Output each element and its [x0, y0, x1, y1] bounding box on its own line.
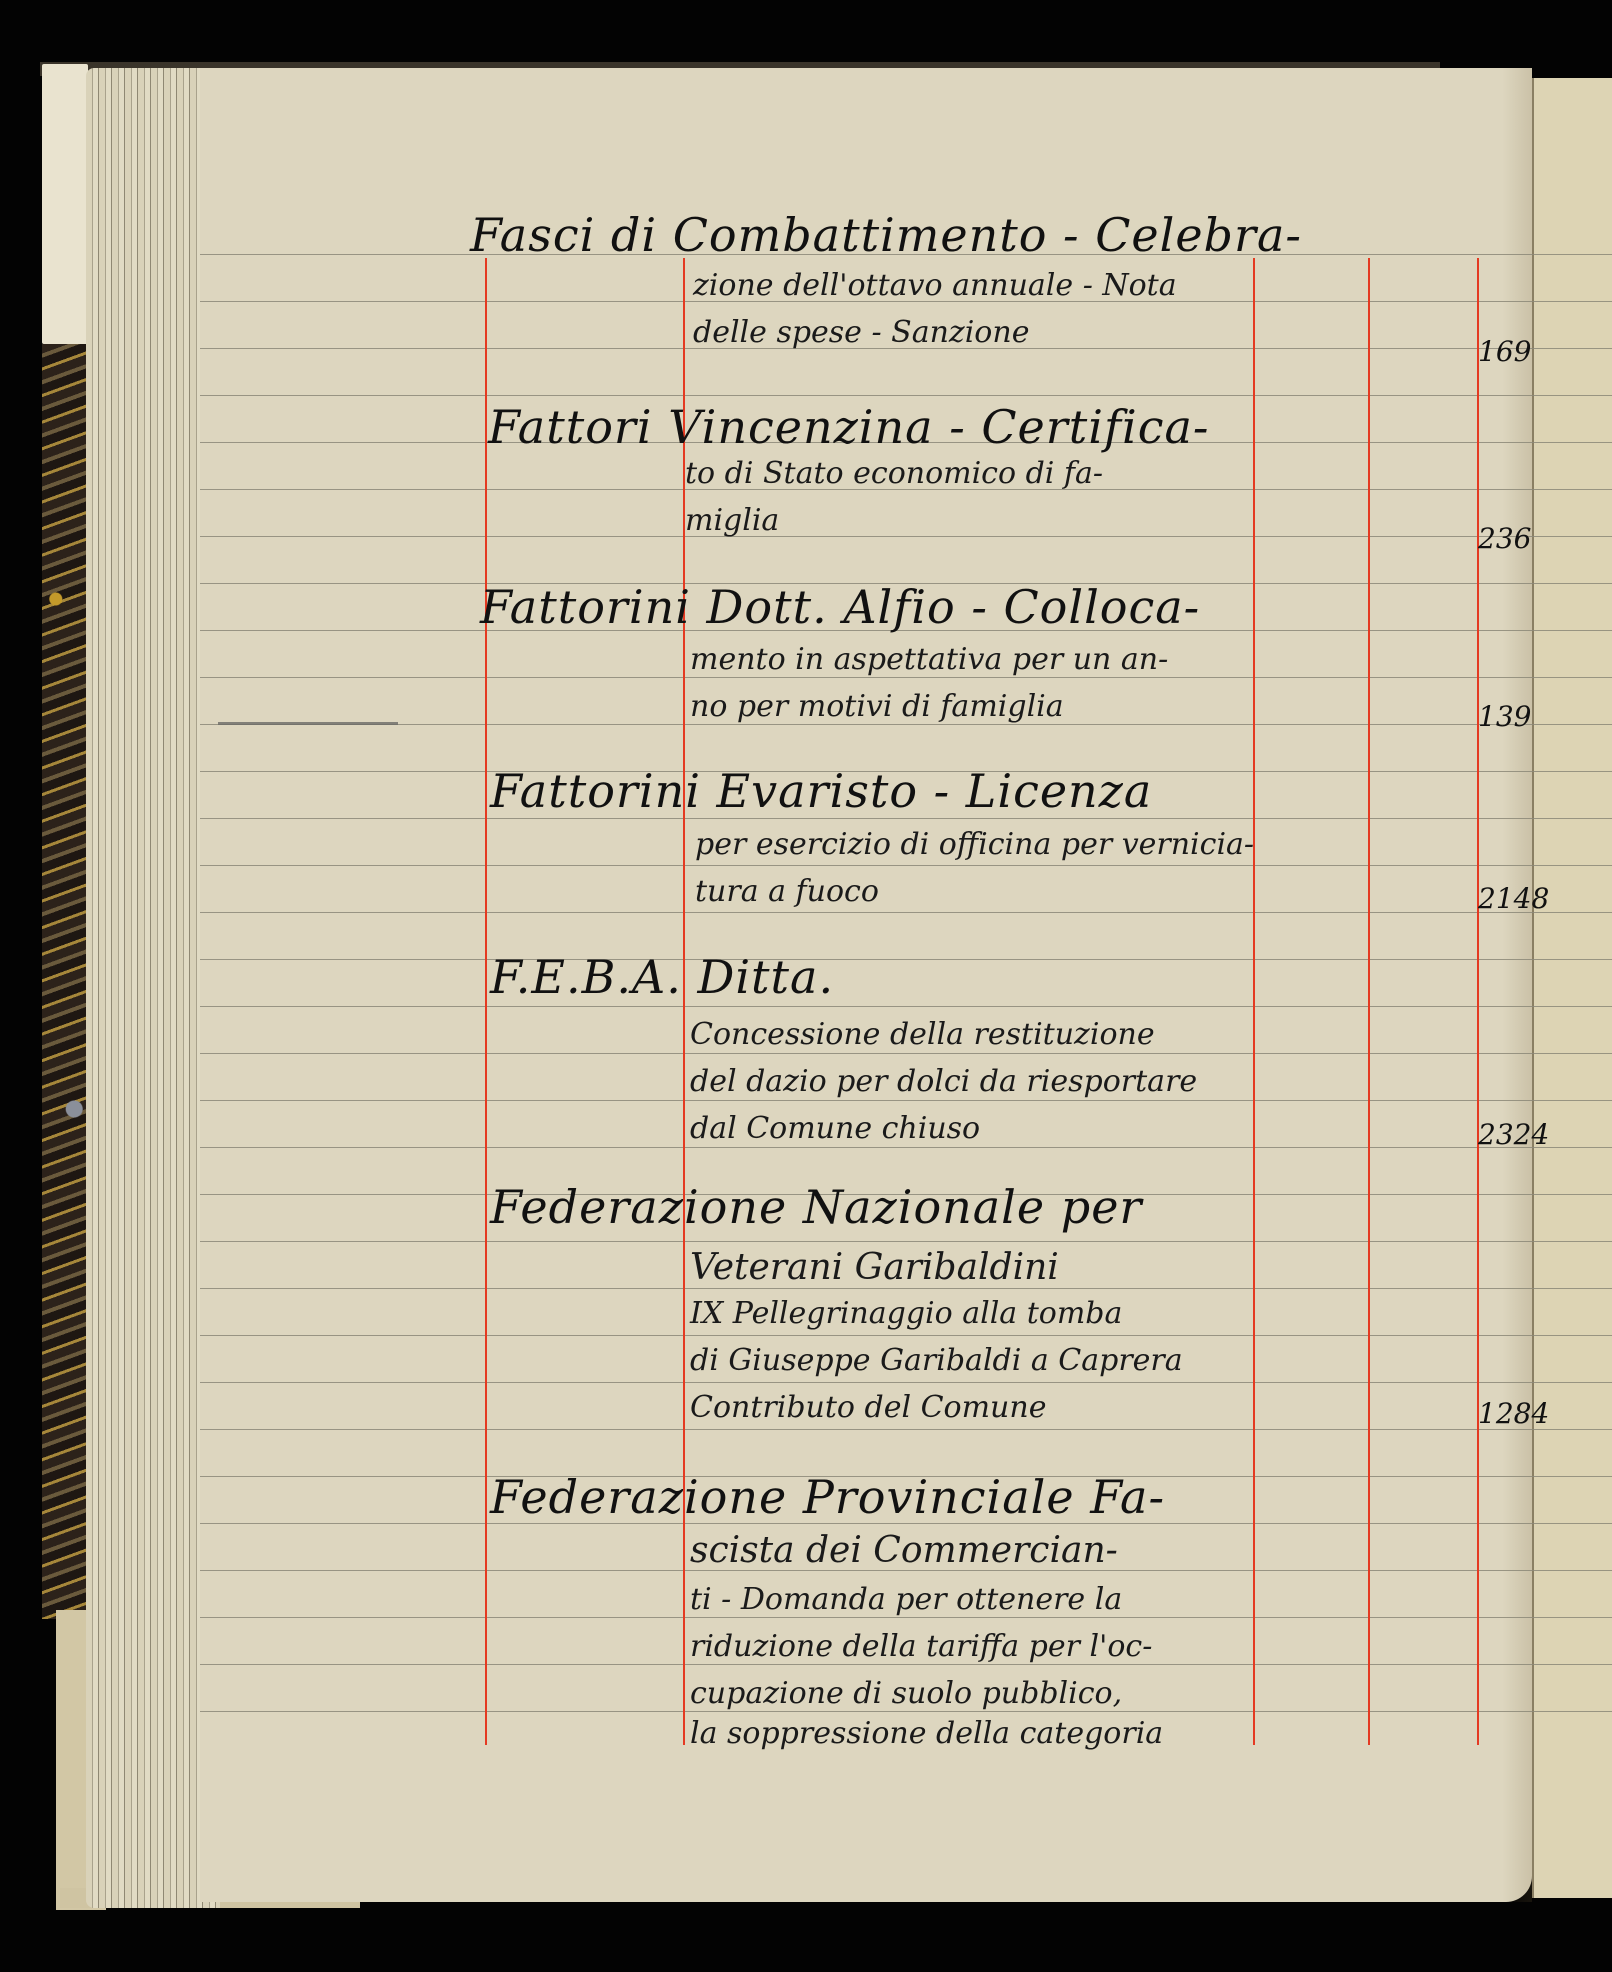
entry-title: Fattorini Evaristo - Licenza — [490, 764, 1152, 818]
entry-title: Fattori Vincenzina - Certifica- — [488, 400, 1209, 454]
entry-line: riduzione della tariffa per l'oc- — [690, 1629, 1152, 1664]
entry-number: 236 — [1478, 522, 1531, 555]
facing-page-edge — [1532, 78, 1612, 1898]
entry-title: Federazione Provinciale Fa- — [490, 1470, 1165, 1524]
entry-line: scista dei Commercian- — [690, 1530, 1118, 1571]
entry-title: F.E.B.A. Ditta. — [490, 950, 834, 1004]
entry-line: Concessione della restituzione — [690, 1017, 1155, 1052]
entry-line: ti - Domanda per ottenere la — [690, 1582, 1122, 1617]
entry-line: Contributo del Comune — [690, 1390, 1046, 1425]
entry-line: delle spese - Sanzione — [693, 315, 1029, 350]
entry-line: Veterani Garibaldini — [690, 1247, 1059, 1288]
entry-line: miglia — [685, 503, 779, 538]
entry-number: 1284 — [1478, 1397, 1549, 1430]
entry-line: zione dell'ottavo annuale - Nota — [693, 268, 1177, 303]
entry-line: to di Stato economico di fa- — [685, 456, 1103, 491]
entry-line: del dazio per dolci da riesportare — [690, 1064, 1197, 1099]
entry-line: per esercizio di officina per verniciа- — [695, 827, 1254, 862]
entry-title: Fattorini Dott. Alfio - Colloca- — [480, 580, 1200, 634]
entry-line: cupazione di suolo pubblico, — [690, 1676, 1122, 1711]
marbled-cover — [42, 344, 88, 1619]
entry-number: 2324 — [1478, 1118, 1549, 1151]
entry-line: tura a fuoco — [695, 874, 879, 909]
entry-line: la soppressione della categoria — [690, 1716, 1163, 1751]
entry-line: IX Pellegrinaggio alla tomba — [690, 1296, 1122, 1331]
entry-number: 169 — [1478, 335, 1531, 368]
entry-line: di Giuseppe Garibaldi a Caprera — [690, 1343, 1183, 1378]
entry-number: 2148 — [1478, 882, 1549, 915]
entry-number: 139 — [1478, 700, 1531, 733]
pencil-mark — [218, 722, 398, 725]
entry-title: Federazione Nazionale per — [490, 1180, 1142, 1234]
entry-title: Fasci di Combattimento - Celebra- — [470, 208, 1302, 262]
entry-line: mento in aspettativa per un an- — [690, 642, 1168, 677]
entry-line: no per motivi di famiglia — [690, 689, 1064, 724]
entry-line: dal Comune chiuso — [690, 1111, 980, 1146]
vellum-corner — [42, 64, 88, 344]
